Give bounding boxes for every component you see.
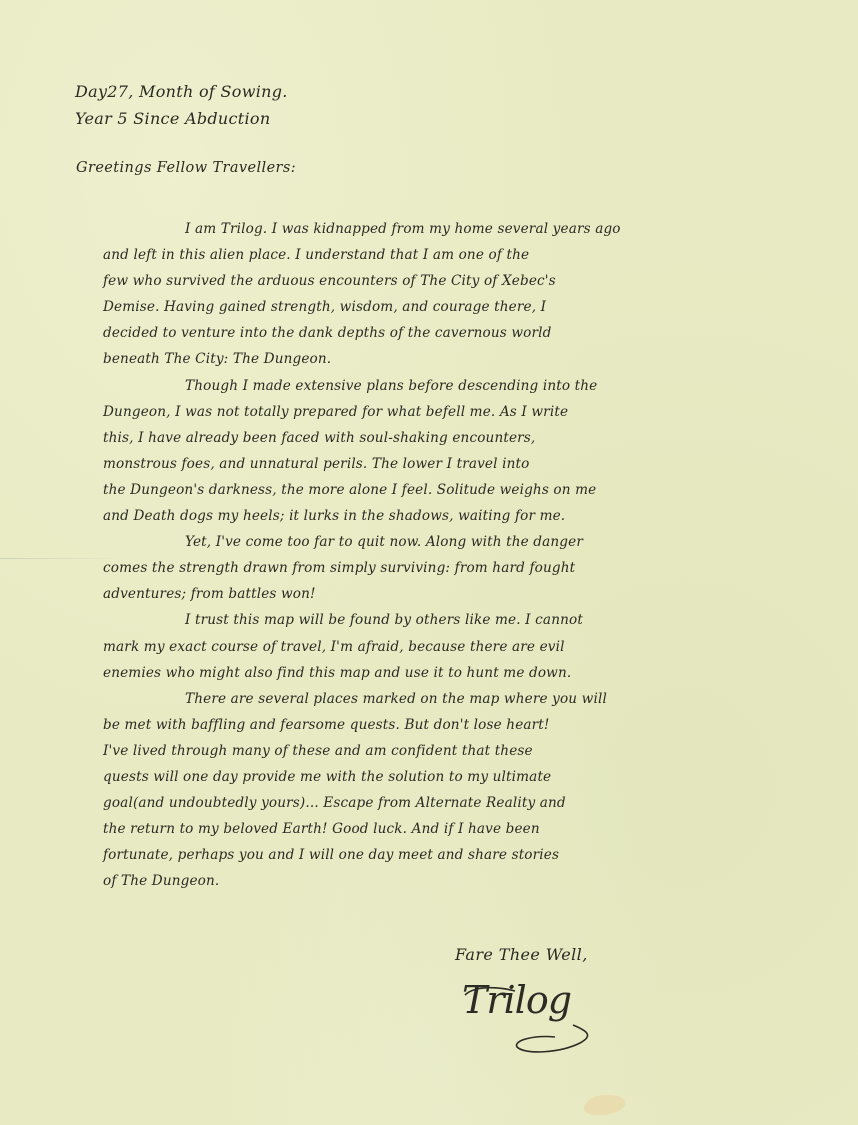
letter-line: Demise. Having gained strength, wisdom, … (103, 294, 773, 320)
letter-line: and left in this alien place. I understa… (103, 242, 773, 268)
letter-greeting: Greetings Fellow Travellers: (76, 160, 296, 176)
letter-line: beneath The City: The Dungeon. (103, 346, 773, 372)
letter-line: adventures; from battles won! (103, 581, 773, 607)
letter-line: monstrous foes, and unnatural perils. Th… (103, 451, 773, 477)
letter-line: the return to my beloved Earth! Good luc… (103, 816, 773, 842)
letter-line: the Dungeon's darkness, the more alone I… (103, 477, 773, 503)
letter-line: There are several places marked on the m… (103, 686, 773, 712)
letter-line: fortunate, perhaps you and I will one da… (103, 842, 773, 868)
letter-line: Dungeon, I was not totally prepared for … (103, 399, 773, 425)
letter-line: comes the strength drawn from simply sur… (103, 555, 773, 581)
letter-line: this, I have already been faced with sou… (103, 425, 773, 451)
letter-line: be met with baffling and fearsome quests… (103, 712, 773, 738)
paper-fold-line (0, 558, 110, 559)
letter-page: Day27, Month of Sowing. Year 5 Since Abd… (0, 0, 858, 1125)
letter-line: I am Trilog. I was kidnapped from my hom… (103, 216, 773, 242)
paper-stain (579, 1095, 631, 1115)
letter-line: Though I made extensive plans before des… (103, 373, 773, 399)
signature: Trilog (462, 978, 571, 1022)
letter-line: I've lived through many of these and am … (103, 738, 773, 764)
letter-body: I am Trilog. I was kidnapped from my hom… (103, 216, 773, 894)
letter-date-header: Day27, Month of Sowing. Year 5 Since Abd… (75, 78, 288, 132)
year-line: Year 5 Since Abduction (75, 105, 288, 132)
letter-line: goal(and undoubtedly yours)... Escape fr… (103, 790, 773, 816)
letter-line: I trust this map will be found by others… (103, 607, 773, 633)
letter-line: and Death dogs my heels; it lurks in the… (103, 503, 773, 529)
letter-line: Yet, I've come too far to quit now. Alon… (103, 529, 773, 555)
letter-line: mark my exact course of travel, I'm afra… (103, 634, 773, 660)
letter-line: few who survived the arduous encounters … (103, 268, 773, 294)
letter-line: quests will one day provide me with the … (103, 764, 773, 790)
letter-line: enemies who might also find this map and… (103, 660, 773, 686)
date-line: Day27, Month of Sowing. (75, 78, 288, 105)
letter-line: of The Dungeon. (103, 868, 773, 894)
letter-line: decided to venture into the dank depths … (103, 320, 773, 346)
letter-closing: Fare Thee Well, (455, 945, 588, 964)
